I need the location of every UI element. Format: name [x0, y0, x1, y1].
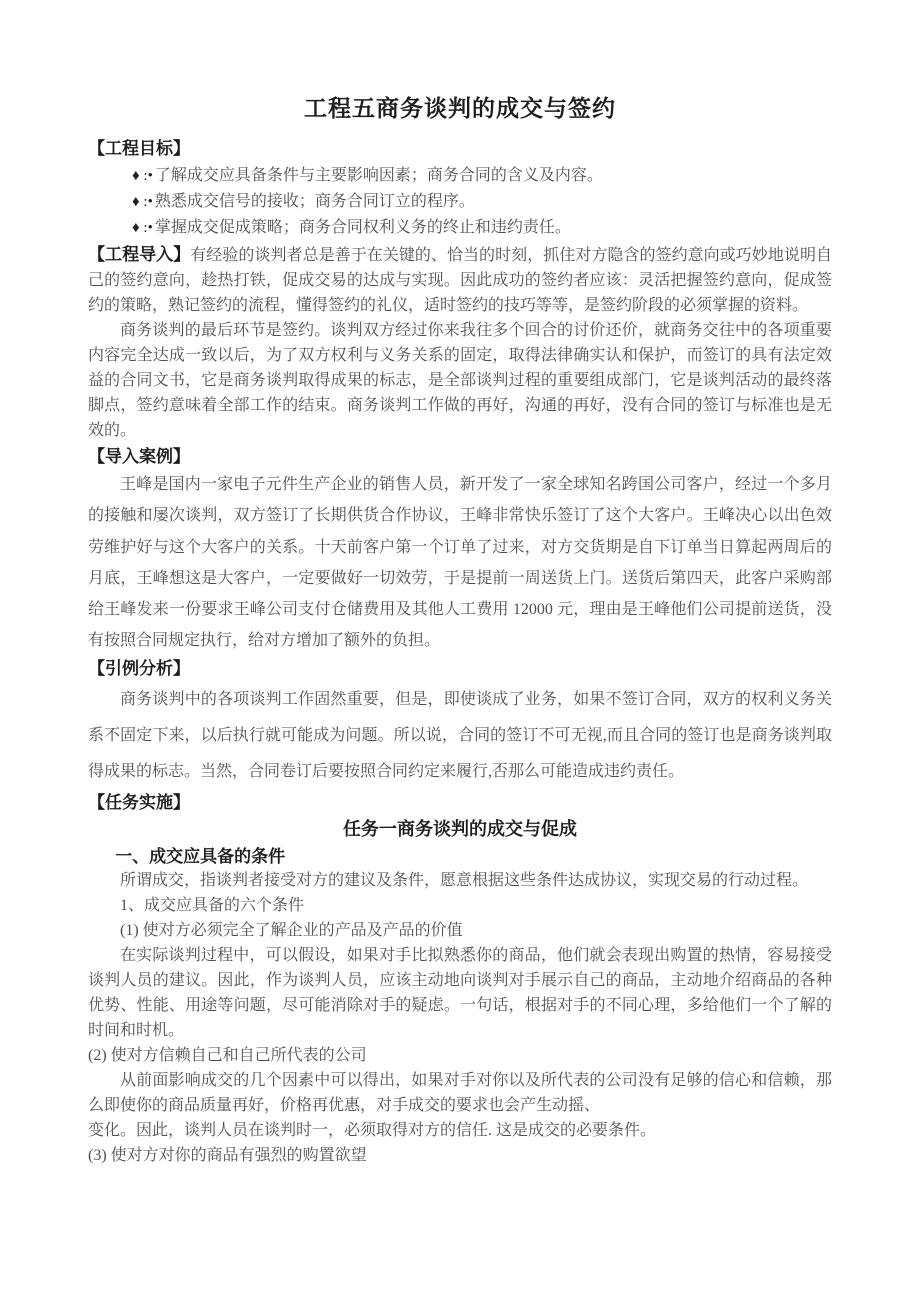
conditions-item-heading: 1、成交应具备的六个条件 — [88, 894, 832, 919]
goal-list-item: ♦ :•了解成交应具备条件与主要影响因素；商务合同的含义及内容。 — [132, 163, 832, 189]
diamond-bullet-icon: ♦ :• — [132, 168, 153, 184]
point1-heading: (1) 使对方必须完全了解企业的产品及产品的价值 — [88, 919, 832, 944]
document-page: 工程五商务谈判的成交与签约 【工程目标】 ♦ :•了解成交应具备条件与主要影响因… — [0, 0, 920, 1301]
conditions-intro-paragraph: 所谓成交，指谈判者接受对方的建议及条件，愿意根据这些条件达成协议，实现交易的行动… — [88, 869, 832, 894]
section-heading-intro: 【工程导入】 — [88, 245, 190, 264]
subsection-heading-conditions: 一、成交应具备的条件 — [88, 845, 832, 870]
goal-item-text: 掌握成交促成策略；商务合同权利义务的终止和违约责任。 — [155, 219, 571, 236]
document-title: 工程五商务谈判的成交与签约 — [88, 94, 832, 124]
case-paragraph: 王峰是国内一家电子元件生产企业的销售人员，新开发了一家全球知名跨国公司客户，经过… — [88, 469, 832, 656]
goal-list-item: ♦ :•熟悉成交信号的接收；商务合同订立的程序。 — [132, 189, 832, 215]
section-heading-case: 【导入案例】 — [88, 444, 832, 470]
diamond-bullet-icon: ♦ :• — [132, 220, 153, 236]
intro-lead-text: 有经验的谈判者总是善于在关键的、恰当的时刻，抓住对方隐含的签约意向或巧妙地说明自… — [88, 247, 832, 314]
goals-list: ♦ :•了解成交应具备条件与主要影响因素；商务合同的含义及内容。 ♦ :•熟悉成… — [88, 163, 832, 240]
intro-paragraph: 【工程导入】有经验的谈判者总是善于在关键的、恰当的时刻，抓住对方隐含的签约意向或… — [88, 242, 832, 319]
point2-heading: (2) 使对方信赖自己和自己所代表的公司 — [88, 1044, 832, 1069]
point1-paragraph: 在实际谈判过程中，可以假设，如果对手比拟熟悉你的商品，他们就会表现出购置的热情，… — [88, 944, 832, 1044]
diamond-bullet-icon: ♦ :• — [132, 194, 153, 210]
intro-paragraph-2: 商务谈判的最后环节是签约。谈判双方经过你来我往多个回合的讨价还价，就商务交往中的… — [88, 319, 832, 444]
goal-list-item: ♦ :•掌握成交促成策略；商务合同权利义务的终止和违约责任。 — [132, 215, 832, 241]
section-heading-tasks: 【任务实施】 — [88, 790, 832, 816]
goal-item-text: 了解成交应具备条件与主要影响因素；商务合同的含义及内容。 — [155, 167, 603, 184]
section-heading-goals: 【工程目标】 — [88, 136, 832, 162]
point2-paragraph: 从前面影响成交的几个因素中可以得出，如果对手对你以及所代表的公司没有足够的信心和… — [88, 1069, 832, 1119]
task-title: 任务一商务谈判的成交与促成 — [88, 817, 832, 842]
analysis-paragraph: 商务谈判中的各项谈判工作固然重要，但是，即使谈成了业务，如果不签订合同，双方的权… — [88, 682, 832, 790]
section-heading-analysis: 【引例分析】 — [88, 656, 832, 682]
point3-heading: (3) 使对方对你的商品有强烈的购置欲望 — [88, 1144, 832, 1169]
goal-item-text: 熟悉成交信号的接收；商务合同订立的程序。 — [155, 193, 475, 210]
point2-paragraph-2: 变化。因此，谈判人员在谈判时一，必须取得对方的信任. 这是成交的必要条件。 — [88, 1119, 832, 1144]
